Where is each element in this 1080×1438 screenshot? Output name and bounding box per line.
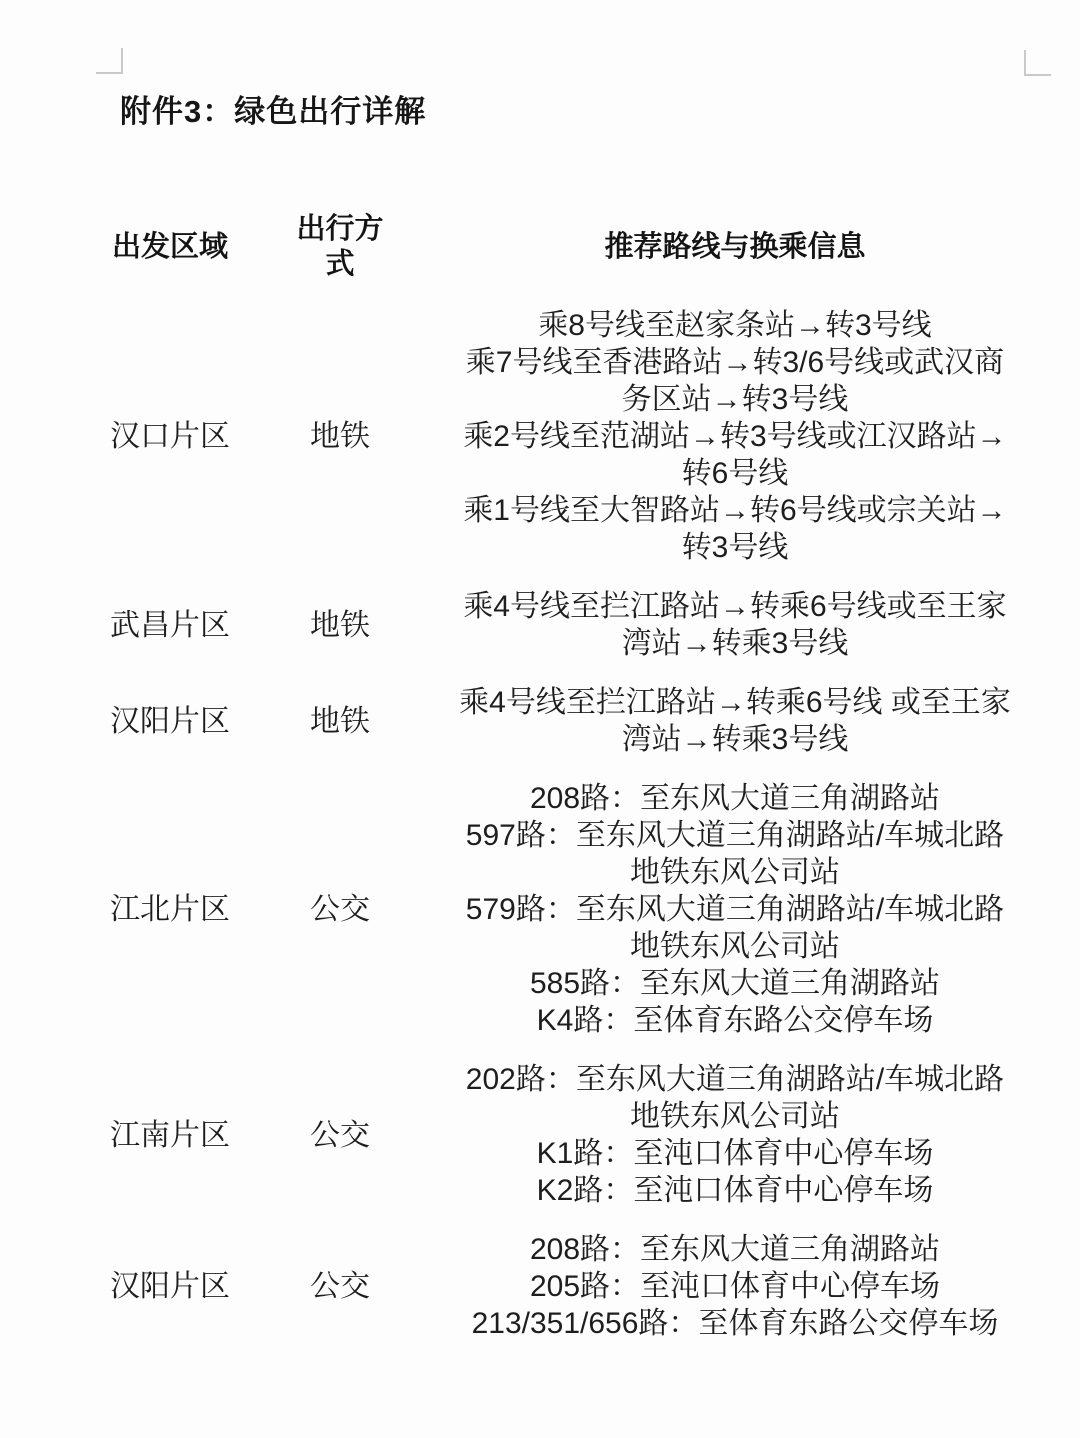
mode-cell: 地铁 — [245, 607, 435, 644]
scan-corner-mark-left — [96, 48, 123, 74]
table-row: 武昌片区 地铁 乘4号线至拦江路站→转乘6号线或至王家湾站→转乘3号线 — [95, 577, 1035, 673]
route-line: K1路：至沌口体育中心停车场 — [455, 1135, 1015, 1172]
mode-cell: 公交 — [245, 891, 435, 928]
route-line: 乘1号线至大智路站→转6号线或宗关站→转3号线 — [455, 492, 1015, 566]
table-row: 江北片区 公交 208路：至东风大道三角湖路站 597路：至东风大道三角湖路站/… — [95, 769, 1035, 1050]
routes-cell: 乘8号线至赵家条站→转3号线 乘7号线至香港路站→转3/6号线或武汉商务区站→转… — [435, 307, 1035, 566]
table-row: 汉口片区 地铁 乘8号线至赵家条站→转3号线 乘7号线至香港路站→转3/6号线或… — [95, 296, 1035, 577]
table-row: 汉阳片区 公交 208路：至东风大道三角湖路站 205路：至沌口体育中心停车场 … — [95, 1220, 1035, 1353]
travel-table: 出发区域 出行方式 推荐路线与换乘信息 汉口片区 地铁 乘8号线至赵家条站→转3… — [95, 201, 1035, 1353]
region-cell: 汉口片区 — [95, 418, 245, 455]
region-cell: 汉阳片区 — [95, 703, 245, 740]
mode-cell: 公交 — [245, 1268, 435, 1305]
route-line: 585路：至东风大道三角湖路站 — [455, 965, 1015, 1002]
region-cell: 江北片区 — [95, 891, 245, 928]
route-line: 597路：至东风大道三角湖路站/车城北路地铁东风公司站 — [455, 817, 1015, 891]
document-page: 附件3：绿色出行详解 出发区域 出行方式 推荐路线与换乘信息 汉口片区 地铁 乘… — [0, 0, 1080, 1353]
region-cell: 武昌片区 — [95, 607, 245, 644]
route-line: K4路：至体育东路公交停车场 — [455, 1002, 1015, 1039]
route-line: K2路：至沌口体育中心停车场 — [455, 1172, 1015, 1209]
page-title: 附件3：绿色出行详解 — [120, 86, 1035, 131]
routes-cell: 208路：至东风大道三角湖路站 597路：至东风大道三角湖路站/车城北路地铁东风… — [435, 780, 1035, 1039]
header-cell-mode-label: 出行方式 — [290, 212, 390, 282]
route-line: 乘7号线至香港路站→转3/6号线或武汉商务区站→转3号线 — [455, 344, 1015, 418]
route-line: 乘2号线至范湖站→转3号线或江汉路站→转6号线 — [455, 418, 1015, 492]
mode-cell: 公交 — [245, 1117, 435, 1154]
routes-cell: 208路：至东风大道三角湖路站 205路：至沌口体育中心停车场 213/351/… — [435, 1231, 1035, 1342]
region-cell: 汉阳片区 — [95, 1268, 245, 1305]
mode-cell: 地铁 — [245, 703, 435, 740]
route-line: 乘4号线至拦江路站→转乘6号线 或至王家湾站→转乘3号线 — [455, 684, 1015, 758]
route-line: 202路：至东风大道三角湖路站/车城北路地铁东风公司站 — [455, 1061, 1015, 1135]
route-line: 208路：至东风大道三角湖路站 — [455, 780, 1015, 817]
table-header-row: 出发区域 出行方式 推荐路线与换乘信息 — [95, 201, 1035, 296]
routes-cell: 乘4号线至拦江路站→转乘6号线或至王家湾站→转乘3号线 — [435, 588, 1035, 662]
scan-corner-mark-right — [1024, 50, 1051, 76]
region-cell: 江南片区 — [95, 1117, 245, 1154]
routes-cell: 乘4号线至拦江路站→转乘6号线 或至王家湾站→转乘3号线 — [435, 684, 1035, 758]
table-row: 江南片区 公交 202路：至东风大道三角湖路站/车城北路地铁东风公司站 K1路：… — [95, 1050, 1035, 1220]
route-line: 208路：至东风大道三角湖路站 — [455, 1231, 1015, 1268]
route-line: 205路：至沌口体育中心停车场 — [455, 1268, 1015, 1305]
mode-cell: 地铁 — [245, 418, 435, 455]
route-line: 579路：至东风大道三角湖路站/车城北路地铁东风公司站 — [455, 891, 1015, 965]
header-cell-region: 出发区域 — [95, 230, 245, 265]
route-line: 乘4号线至拦江路站→转乘6号线或至王家湾站→转乘3号线 — [455, 588, 1015, 662]
route-line: 213/351/656路：至体育东路公交停车场 — [455, 1305, 1015, 1342]
header-cell-routes: 推荐路线与换乘信息 — [435, 230, 1035, 265]
routes-cell: 202路：至东风大道三角湖路站/车城北路地铁东风公司站 K1路：至沌口体育中心停… — [435, 1061, 1035, 1209]
route-line: 乘8号线至赵家条站→转3号线 — [455, 307, 1015, 344]
header-cell-mode: 出行方式 — [245, 212, 435, 282]
table-row: 汉阳片区 地铁 乘4号线至拦江路站→转乘6号线 或至王家湾站→转乘3号线 — [95, 673, 1035, 769]
